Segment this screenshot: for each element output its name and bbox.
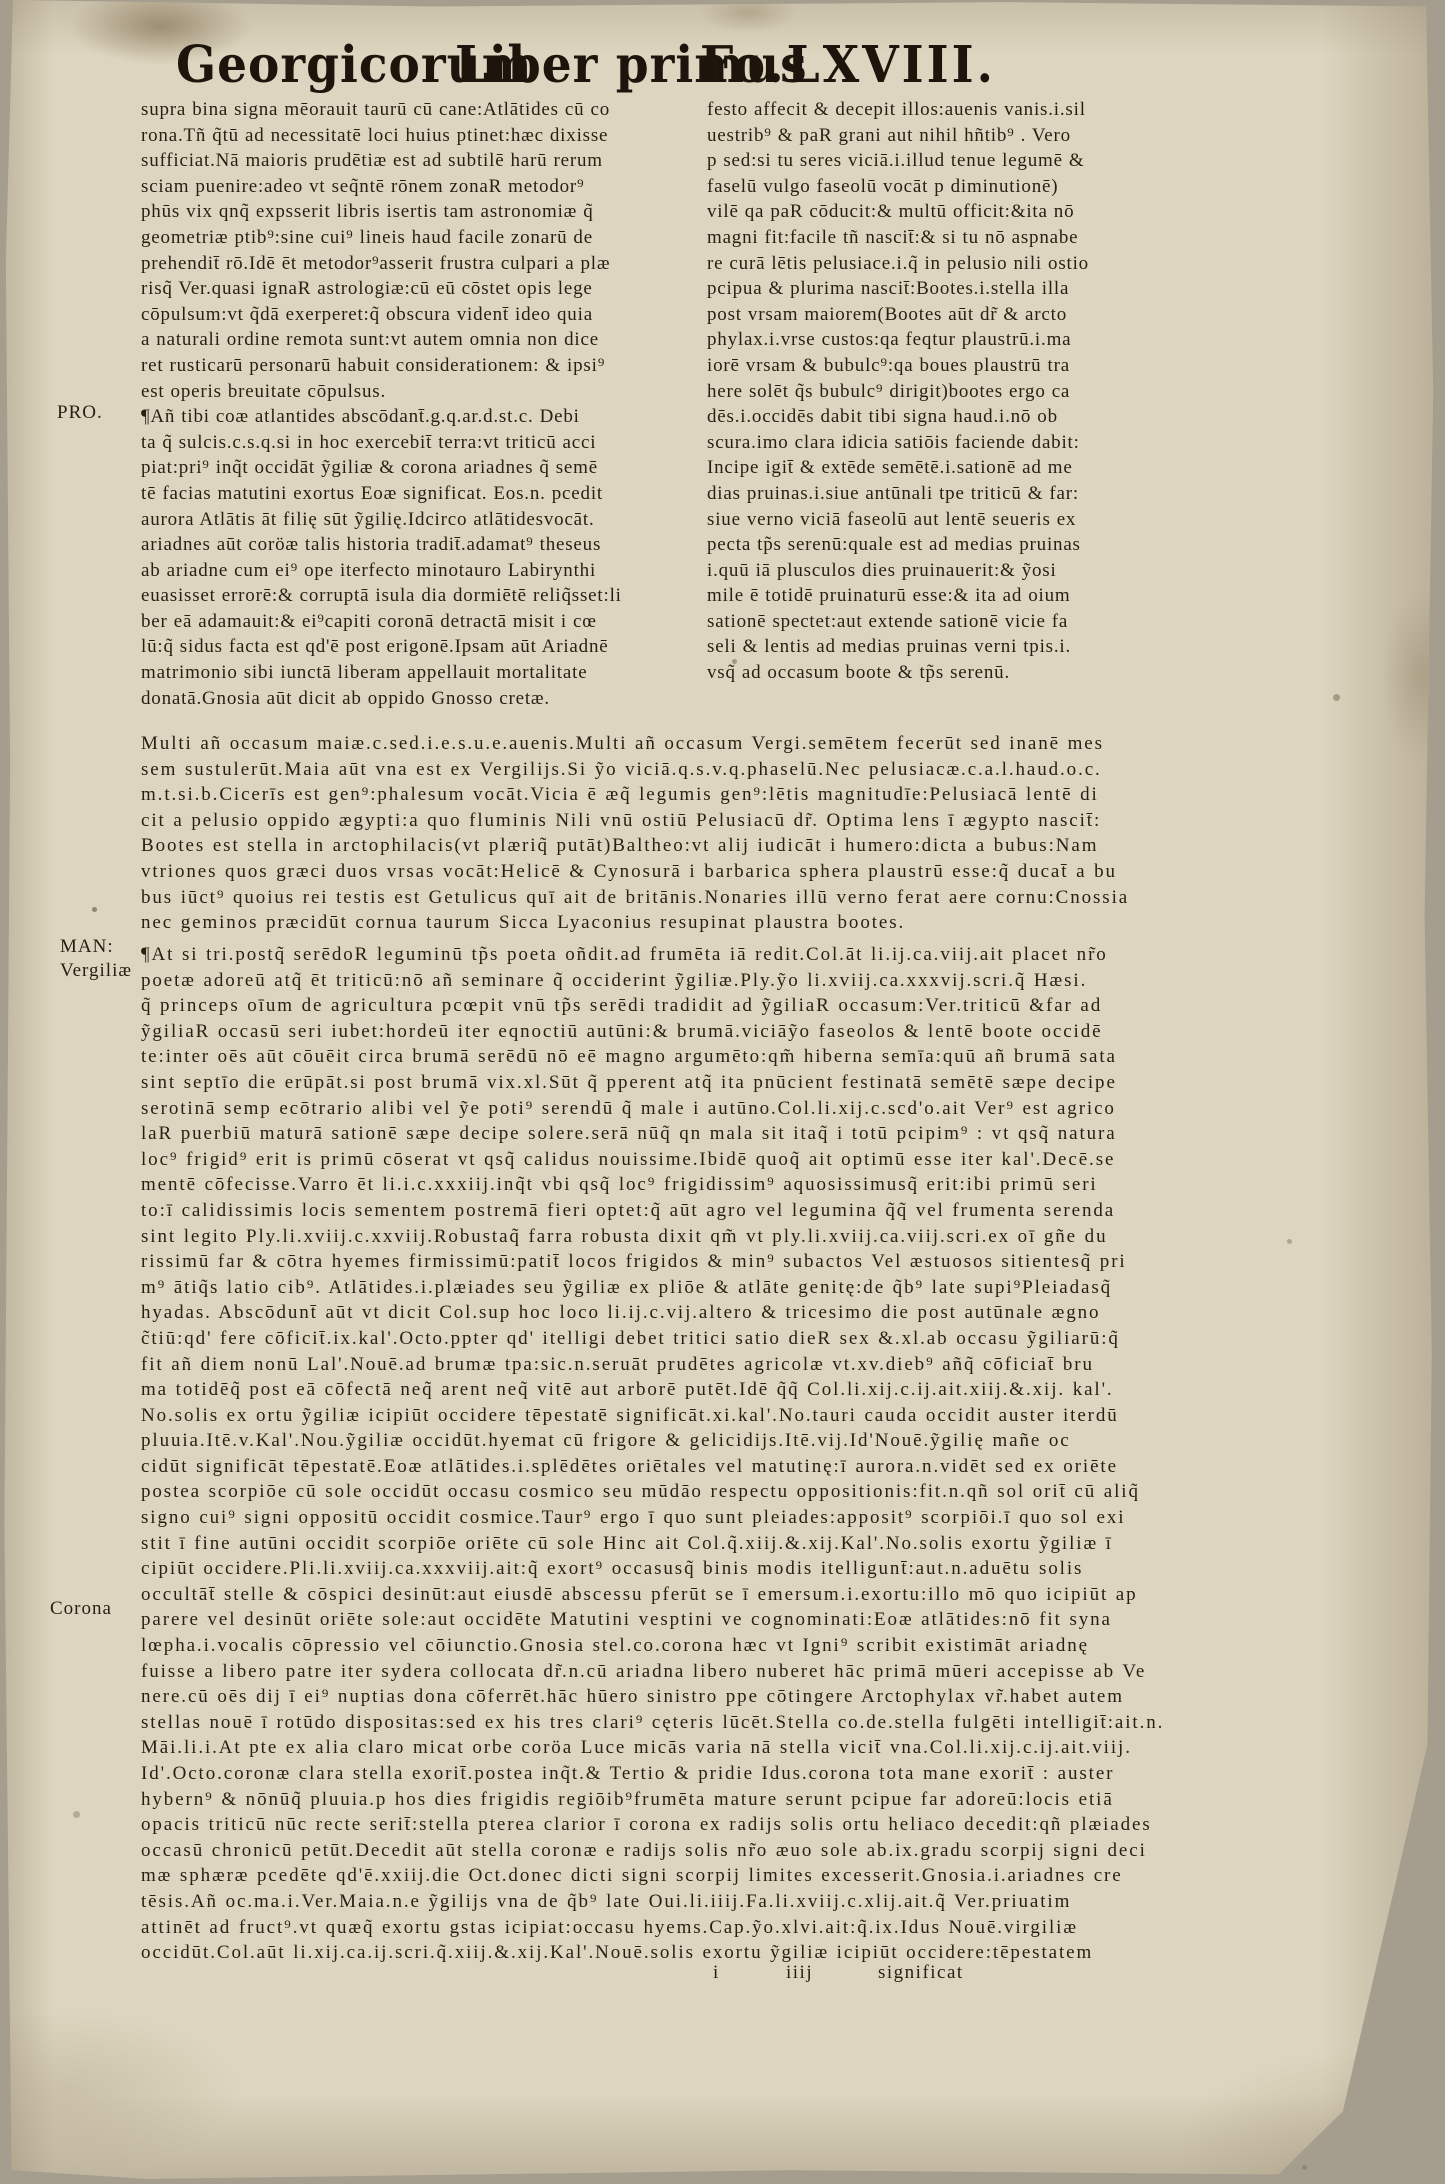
text-line: sufficiat.Nā maioris prudētiæ est ad sub… bbox=[141, 148, 707, 174]
text-line: tē facias matutini exortus Eoæ significa… bbox=[141, 481, 707, 507]
text-line: ariadnes aūt coröæ talis historia tradit… bbox=[141, 532, 707, 558]
text-line: pcipua & plurima nascit̄:Bootes.i.stella… bbox=[707, 276, 1317, 302]
text-line: sint septīo die erūpāt.si post brumā vix… bbox=[141, 1070, 1321, 1096]
text-line: p sed:si tu seres viciā.i.illud tenue le… bbox=[707, 148, 1317, 174]
text-line: risq̃ Ver.quasi ignaR astrologiæ:cū eū c… bbox=[141, 276, 707, 302]
text-line: i.quū iā plusculos dies pruinauerit:& ỹo… bbox=[707, 558, 1317, 584]
text-line: ret rusticarū personarū habuit considera… bbox=[141, 353, 707, 379]
text-line: te:inter oēs aūt cōuēit circa brumā serē… bbox=[141, 1044, 1321, 1070]
text-line: aurora Atlātis āt filię sūt ỹgilię.Idcir… bbox=[141, 507, 707, 533]
text-line: re curā lētis pelusiace.i.q̃ in pelusio … bbox=[707, 251, 1317, 277]
text-line: occultāt̄ stelle & cōspici desinūt:aut e… bbox=[141, 1582, 1321, 1608]
text-line: stellas nouē ī rotūdo dispositas:sed ex … bbox=[141, 1710, 1321, 1736]
text-line: to:ī calidissimis locis sementem postrem… bbox=[141, 1198, 1321, 1224]
text-line: Bootes est stella in arctophilacis(vt pl… bbox=[141, 833, 1317, 859]
text-line: m⁹ ātiq̃s latio cib⁹. Atlātides.i.plæiad… bbox=[141, 1275, 1321, 1301]
text-line: pecta tp̃s serenū:quale est ad medias pr… bbox=[707, 532, 1317, 558]
paper-stain-specks bbox=[92, 907, 97, 912]
text-line: cit a pelusio oppido ægypti:a quo flumin… bbox=[141, 808, 1317, 834]
text-line: matrimonio sibi iunctā liberam appellaui… bbox=[141, 660, 707, 686]
text-line: attinēt ad fruct⁹.vt quæq̃ exortu gstas … bbox=[141, 1915, 1321, 1941]
text-line: stit ī fine autūni occidit scorpiōe oriē… bbox=[141, 1531, 1321, 1557]
text-line: occasū chronicū petūt.Decedit aūt stella… bbox=[141, 1838, 1321, 1864]
running-header: Georgicorum Liber primus Fo.LXVIII. bbox=[0, 38, 1445, 98]
text-line: ta q̃ sulcis.c.s.q.si in hoc exercebit̄ … bbox=[141, 430, 707, 456]
text-line: dēs.i.occidēs dabit tibi signa haud.i.nō… bbox=[707, 404, 1317, 430]
text-line: est operis breuitate cōpulsus. bbox=[141, 379, 707, 405]
text-line: postea scorpiōe cū sole occidūt occasu c… bbox=[141, 1479, 1321, 1505]
text-line: hybern⁹ & nōnūq̃ pluuia.p hos dies frigi… bbox=[141, 1787, 1321, 1813]
text-line: m.t.si.b.Cicerīs est gen⁹:phalesum vocāt… bbox=[141, 782, 1317, 808]
text-line: parere vel desinūt oriēte sole:aut occid… bbox=[141, 1607, 1321, 1633]
text-line: cipiūt occidere.Pli.li.xviij.ca.xxxviij.… bbox=[141, 1556, 1321, 1582]
text-line: serotinā semp ecōtrario alibi vel ỹe pot… bbox=[141, 1096, 1321, 1122]
text-line: cōpulsum:vt q̃dā exerperet:q̃ obscura vi… bbox=[141, 302, 707, 328]
text-line: siue verno viciā faseolū aut lentē seuer… bbox=[707, 507, 1317, 533]
text-line: fuisse a libero patre iter sydera colloc… bbox=[141, 1659, 1321, 1685]
text-line: donatā.Gnosia aūt dicit ab oppido Gnosso… bbox=[141, 686, 707, 712]
text-line: festo affecit & decepit illos:auenis van… bbox=[707, 97, 1317, 123]
text-line: euasisset errorē:& corruptā isula dia do… bbox=[141, 583, 707, 609]
text-line: vsq̃ ad occasum boote & tp̃s serenū. bbox=[707, 660, 1317, 686]
text-line: prehendit̄ rō.Idē ēt metodor⁹asserit fru… bbox=[141, 251, 707, 277]
text-line: Multi añ occasum maiæ.c.sed.i.e.s.u.e.au… bbox=[141, 731, 1317, 757]
text-line: bus iūct⁹ quoius rei testis est Getulicu… bbox=[141, 885, 1317, 911]
text-line: ¶Añ tibi coæ atlantides abscōdant̄.g.q.a… bbox=[141, 404, 707, 430]
text-line: hyadas. Abscōdunt̄ aūt vt dicit Col.sup … bbox=[141, 1300, 1321, 1326]
text-line: lœpha.i.vocalis cōpressio vel cōiunctio.… bbox=[141, 1633, 1321, 1659]
text-line: cidūt significāt tēpestatē.Eoæ atlātides… bbox=[141, 1454, 1321, 1480]
text-line: sationē spectet:aut extende sationē vici… bbox=[707, 609, 1317, 635]
text-line: ¶At si tri.postq̃ serēdoR leguminū tp̃s … bbox=[141, 942, 1321, 968]
text-line: a naturali ordine remota sunt:vt autem o… bbox=[141, 327, 707, 353]
text-line: tēsis.Añ oc.ma.i.Ver.Maia.n.e ỹgilijs vn… bbox=[141, 1889, 1321, 1915]
text-line: rona.Tñ q̃tū ad necessitatē loci huius p… bbox=[141, 123, 707, 149]
text-line: vtriones quos græci duos vrsas vocāt:Hel… bbox=[141, 859, 1317, 885]
text-line: nec geminos præcidūt cornua taurum Sicca… bbox=[141, 910, 1317, 936]
text-line: phylax.i.vrse custos:qa feqtur plaustrū.… bbox=[707, 327, 1317, 353]
text-line: mæ sphæræ pcedēte qd'ē.xxiij.die Oct.don… bbox=[141, 1863, 1321, 1889]
text-line: ỹgiliaR occasū seri iubet:hordeū iter eq… bbox=[141, 1019, 1321, 1045]
text-line: vilē qa paR cōducit:& multū officit:&ita… bbox=[707, 199, 1317, 225]
text-line: Id'.Octo.coronæ clara stella exorit̄.pos… bbox=[141, 1761, 1321, 1787]
right-text-column: festo affecit & decepit illos:auenis van… bbox=[707, 97, 1317, 711]
text-line: fit añ diem nonū Lal'.Nouē.ad brumæ tpa:… bbox=[141, 1352, 1321, 1378]
text-line: magni fit:facile tñ nascit̄:& si tu nō a… bbox=[707, 225, 1317, 251]
text-line: loc⁹ frigid⁹ erit is primū cōserat vt qs… bbox=[141, 1147, 1321, 1173]
margin-note-pro: PRO. bbox=[57, 402, 103, 424]
text-line: opacis triticū nūc recte serit̄:stella p… bbox=[141, 1812, 1321, 1838]
text-line: mentē cōfecisse.Varro ēt li.i.c.xxxiij.i… bbox=[141, 1172, 1321, 1198]
text-line: Incipe igit̄ & extēde semētē.i.sationē a… bbox=[707, 455, 1317, 481]
left-text-column: supra bina signa mēorauit taurū cū cane:… bbox=[141, 97, 707, 711]
text-line: piat:pri⁹ inq̃t occidāt ỹgiliæ & corona … bbox=[141, 455, 707, 481]
margin-note-man: MAN: bbox=[60, 936, 114, 958]
text-line: uestrib⁹ & paR grani aut nihil hñtib⁹ . … bbox=[707, 123, 1317, 149]
header-folio-number: Fo.LXVIII. bbox=[700, 36, 996, 95]
photographed-book-page: { "colors": {"paper": "#ddd5bf", "ink": … bbox=[0, 0, 1445, 2184]
signature-catchword-line: i iiij significat bbox=[0, 1962, 1445, 1988]
text-line: laR puerbiū maturā sationē sæpe decipe s… bbox=[141, 1121, 1321, 1147]
text-line: dias pruinas.i.siue antūnali tpe triticū… bbox=[707, 481, 1317, 507]
fullwidth-commentary-block-1: Multi añ occasum maiæ.c.sed.i.e.s.u.e.au… bbox=[141, 731, 1317, 936]
text-line: phūs vix qnq̃ expsserit libris isertis t… bbox=[141, 199, 707, 225]
text-line: iorē vrsam & bubulc⁹:qa boues plaustrū t… bbox=[707, 353, 1317, 379]
text-line: scura.imo clara idicia satiōis faciende … bbox=[707, 430, 1317, 456]
text-line: poetæ adoreū atq̃ ēt triticū:nō añ semin… bbox=[141, 968, 1321, 994]
text-line: lū:q̃ sidus facta est qd'ē post erigonē.… bbox=[141, 634, 707, 660]
text-line: No.solis ex ortu ỹgiliæ icipiūt occidere… bbox=[141, 1403, 1321, 1429]
text-line: nere.cū oēs dij ī ei⁹ nuptias dona cōfer… bbox=[141, 1684, 1321, 1710]
text-line: pluuia.Itē.v.Kal'.Nou.ỹgiliæ occidūt.hye… bbox=[141, 1428, 1321, 1454]
quire-signature: i bbox=[713, 1962, 720, 1984]
text-line: faselū vulgo faseolū vocāt p diminutionē… bbox=[707, 174, 1317, 200]
text-line: ab ariadne cum ei⁹ ope iterfecto minotau… bbox=[141, 558, 707, 584]
text-line: sint legito Ply.li.xviij.c.xxviij.Robust… bbox=[141, 1224, 1321, 1250]
text-line: here solēt q̃s bubulc⁹ dirigit)bootes er… bbox=[707, 379, 1317, 405]
margin-note-corona: Corona bbox=[50, 1598, 112, 1620]
text-line: sciam puenire:adeo vt seq̃ntē rōnem zona… bbox=[141, 174, 707, 200]
fullwidth-commentary-block-2: ¶At si tri.postq̃ serēdoR leguminū tp̃s … bbox=[141, 942, 1321, 1966]
leaf-signature: iiij bbox=[786, 1962, 813, 1984]
two-column-text-section: supra bina signa mēorauit taurū cū cane:… bbox=[141, 97, 1317, 711]
text-line: ma totidēq̃ post eā cōfectā neq̃ arent n… bbox=[141, 1377, 1321, 1403]
text-line: ber eā adamauit:& ei⁹capiti coronā detra… bbox=[141, 609, 707, 635]
text-line: seli & lentis ad medias pruinas verni tp… bbox=[707, 634, 1317, 660]
text-line: rissimū far & cōtra hyemes firmissimū:pa… bbox=[141, 1249, 1321, 1275]
catchword: significat bbox=[878, 1962, 964, 1984]
text-line: geometriæ ptib⁹:sine cui⁹ lineis haud fa… bbox=[141, 225, 707, 251]
text-line: signo cui⁹ signi oppositū occidit cosmic… bbox=[141, 1505, 1321, 1531]
text-line: Māi.li.i.At pte ex alia claro micat orbe… bbox=[141, 1735, 1321, 1761]
text-line: mile ē totidē pruinaturū esse:& ita ad o… bbox=[707, 583, 1317, 609]
text-line: supra bina signa mēorauit taurū cū cane:… bbox=[141, 97, 707, 123]
text-line: q̃ princeps oīum de agricultura pcœpit v… bbox=[141, 993, 1321, 1019]
text-line: c̃tiū:qd' fere cōficit̄.ix.kal'.Octo.ppt… bbox=[141, 1326, 1321, 1352]
margin-note-vergiliae: Vergiliæ bbox=[60, 960, 132, 982]
text-line: sem sustulerūt.Maia aūt vna est ex Vergi… bbox=[141, 757, 1317, 783]
text-line: post vrsam maiorem(Bootes aūt dr̃ & arct… bbox=[707, 302, 1317, 328]
